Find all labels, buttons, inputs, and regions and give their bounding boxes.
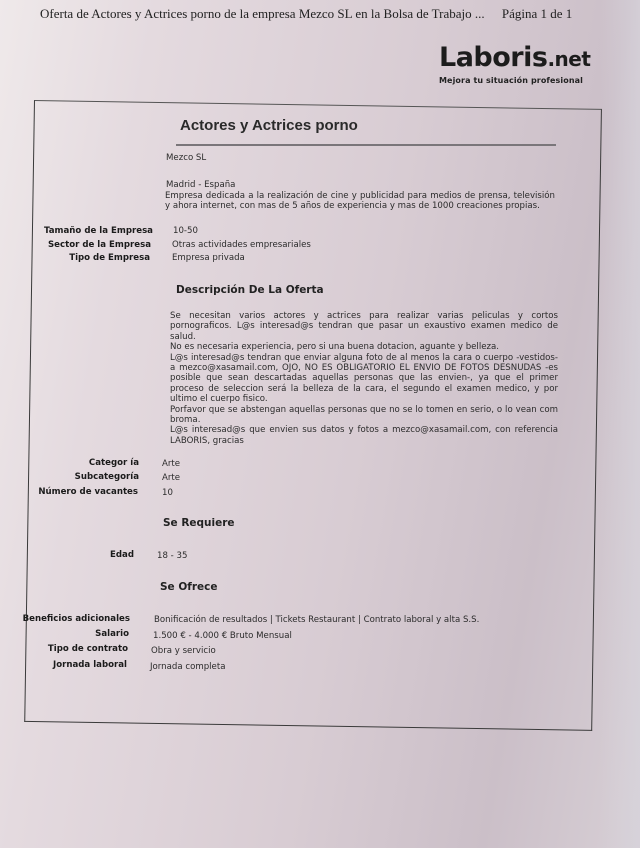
value-work-schedule: Jornada completa	[150, 662, 225, 672]
logo-wordmark: Laboris.net	[439, 43, 590, 74]
value-vacancies: 10	[162, 488, 173, 498]
label-age: Edad	[110, 550, 134, 560]
label-company-type: Tipo de Empresa	[69, 253, 150, 263]
description-paragraph: L@s interesad@s tendran que enviar algun…	[170, 353, 558, 405]
offers-heading: Se Ofrece	[160, 581, 217, 593]
value-company-size: 10-50	[173, 226, 198, 236]
label-work-schedule: Jornada laboral	[53, 660, 127, 670]
value-company-sector: Otras actividades empresariales	[172, 240, 311, 250]
label-company-sector: Sector de la Empresa	[48, 240, 151, 250]
label-subcategory: Subcategoría	[75, 472, 139, 482]
value-category: Arte	[162, 459, 180, 469]
label-company-size: Tamaño de la Empresa	[44, 226, 153, 236]
value-company-type: Empresa privada	[172, 253, 245, 263]
print-header: Oferta de Actores y Actrices porno de la…	[40, 6, 640, 22]
description-paragraph: No es necesaria experiencia, pero si una…	[170, 342, 558, 352]
label-vacancies: Número de vacantes	[38, 487, 138, 497]
laboris-logo: Laboris.net Mejora tu situación profesio…	[439, 43, 590, 85]
company-location: Madrid - España	[166, 180, 235, 190]
label-benefits: Beneficios adicionales	[23, 614, 130, 624]
print-header-title: Oferta de Actores y Actrices porno de la…	[40, 6, 485, 21]
company-description: Empresa dedicada a la realización de cin…	[165, 191, 555, 212]
label-salary: Salario	[95, 629, 129, 639]
description-heading: Descripción De La Oferta	[176, 284, 324, 296]
value-age: 18 - 35	[157, 551, 187, 561]
label-category: Categor ía	[89, 458, 139, 468]
value-contract-type: Obra y servicio	[151, 646, 216, 656]
page-shadow	[600, 0, 640, 848]
job-title: Actores y Actrices porno	[180, 117, 358, 134]
title-divider	[176, 144, 556, 146]
value-salary: 1.500 € - 4.000 € Bruto Mensual	[153, 631, 292, 641]
description-body: Se necesitan varios actores y actrices p…	[170, 311, 558, 446]
company-name: Mezco SL	[166, 153, 206, 163]
description-paragraph: Se necesitan varios actores y actrices p…	[170, 311, 558, 342]
logo-word: Laboris	[439, 42, 547, 73]
logo-tagline: Mejora tu situación profesional	[439, 76, 590, 85]
logo-tld: .net	[547, 47, 590, 71]
value-benefits: Bonificación de resultados | Tickets Res…	[154, 615, 479, 625]
requirements-heading: Se Requiere	[163, 517, 235, 529]
description-paragraph: Porfavor que se abstengan aquellas perso…	[170, 405, 558, 426]
page-number: Página 1 de 1	[502, 6, 572, 21]
value-subcategory: Arte	[162, 473, 180, 483]
description-paragraph: L@s interesad@s que envien sus datos y f…	[170, 425, 558, 446]
label-contract-type: Tipo de contrato	[48, 644, 128, 654]
